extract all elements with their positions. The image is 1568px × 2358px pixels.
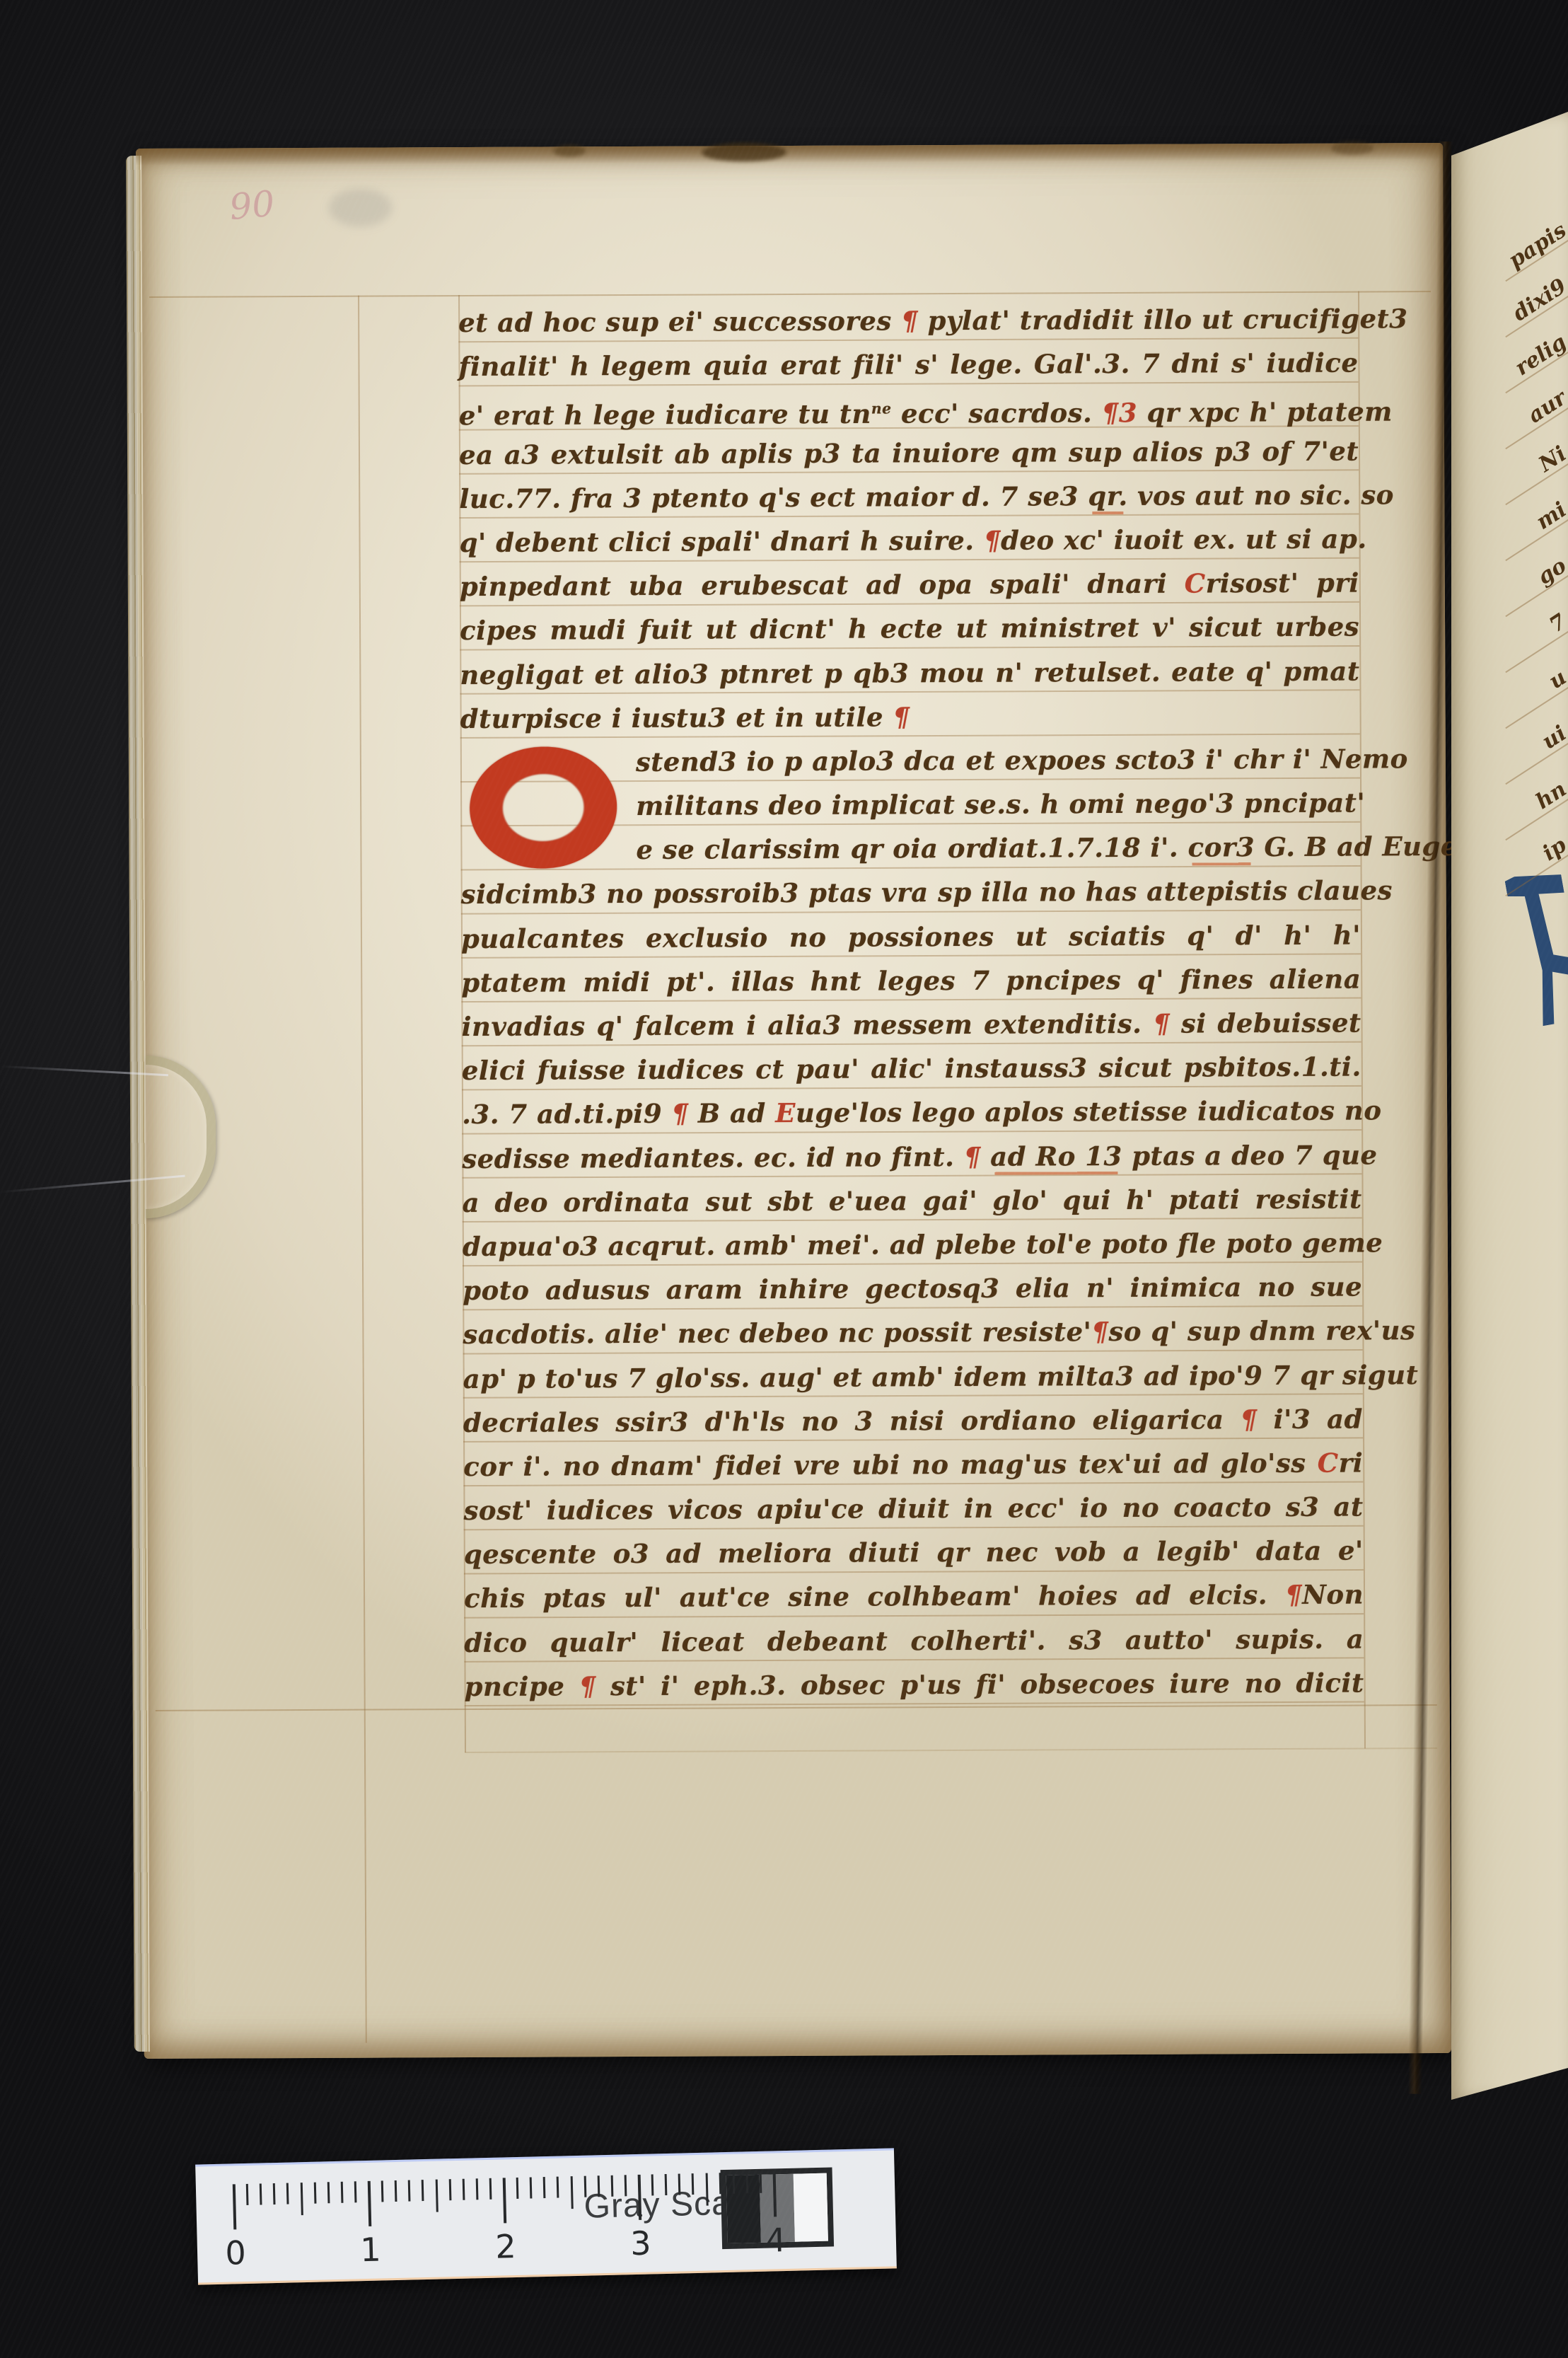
text-segment: B ad: [688, 1097, 775, 1129]
text-line: qescente o3 ad meliora diuti qr nec vob …: [464, 1529, 1364, 1577]
text-segment: chis ptas ul' aut'ce sine colhbeam' hoie…: [464, 1579, 1285, 1614]
text-line: dapua'o3 acqrut. amb' mei'. ad plebe tol…: [463, 1220, 1362, 1268]
text-line: chis ptas ul' aut'ce sine colhbeam' hoie…: [464, 1573, 1364, 1621]
ruler-tick: [651, 2174, 654, 2195]
text-segment: ptas a deo 7 que: [1122, 1139, 1378, 1172]
text-segment: ap' p to'us 7 glo'ss. aug' et amb' idem …: [463, 1359, 1419, 1394]
ruler-tick: [327, 2182, 330, 2203]
text-segment: dapua'o3 acqrut. amb' mei'. ad plebe tol…: [463, 1227, 1383, 1262]
ruler-tick: [462, 2179, 465, 2200]
text-line: pinpedant uba erubescat ad opa spali' dn…: [460, 561, 1359, 609]
facing-page-text-fragment: Ni: [1492, 442, 1568, 505]
rubric-mark: ¶: [579, 1670, 596, 1701]
manuscript-text-block: et ad hoc sup ei' successores ¶ pylat' t…: [458, 297, 1364, 1709]
text-line: ap' p to'us 7 glo'ss. aug' et amb' idem …: [463, 1353, 1363, 1401]
text-line: a deo ordinata sut sbt e'uea gai' glo' q…: [462, 1177, 1361, 1225]
ruler-tick: [313, 2183, 316, 2204]
page-top-browning: [136, 143, 1443, 166]
facing-page-text-fragment: papis: [1492, 219, 1568, 282]
text-segment: sacdotis. alie' nec debeo nc possit resi…: [463, 1316, 1091, 1350]
photo-stage: 90 et ad hoc sup ei' successores ¶ pylat…: [0, 0, 1568, 2358]
ink-smudge: [328, 188, 392, 226]
ruler-tick: [435, 2180, 438, 2212]
text-segment: si debuisset: [1170, 1007, 1361, 1039]
ruler-tick: [395, 2180, 397, 2202]
text-segment: dturpisce i iustu3 et in utile: [460, 701, 893, 734]
text-segment: qr xpc h' ptatem: [1137, 396, 1393, 429]
text-line: sidcimb3 no possroib3 ptas vra sp illa n…: [461, 869, 1361, 917]
ruler-number: 1: [354, 2230, 386, 2269]
rubricated-word: ad Ro 13: [990, 1140, 1122, 1172]
text-line: dico qualr' liceat debeant colherti'. s3…: [464, 1617, 1364, 1665]
facing-page-text-fragment: relig: [1492, 330, 1568, 393]
ruler-tick: [381, 2180, 384, 2202]
text-segment: militans deo implicat se.s. h omi nego'3…: [636, 787, 1365, 821]
ruler-tick: [625, 2175, 627, 2196]
ruler-tick: [516, 2178, 519, 2199]
rubric-mark: ¶: [671, 1098, 688, 1129]
text-segment: stend3 io p aplo3 dca et expoes scto3 i'…: [636, 743, 1408, 778]
superscript-abbreviation: ne: [871, 400, 892, 417]
text-segment: ecc' sacrdos.: [891, 398, 1101, 429]
text-line: sacdotis. alie' nec debeo nc possit resi…: [463, 1309, 1362, 1357]
text-segment: deo xc' iuoit ex. ut si ap.: [1001, 523, 1367, 555]
text-segment: poto adusus aram inhire gectosq3 elia n'…: [463, 1271, 1362, 1307]
text-segment: cipes mudi fuit ut dicnt' h ecte ut mini…: [460, 611, 1359, 647]
folio-number: 90: [228, 183, 277, 229]
ruler-tick: [354, 2181, 357, 2202]
ruler-tick: [286, 2183, 289, 2204]
text-line: .3. 7 ad.ti.pi9 ¶ B ad Euge'los lego apl…: [462, 1089, 1361, 1137]
text-segment: cor i'. no dnam' fidei vre ubi no mag'us…: [463, 1447, 1318, 1482]
rubric-mark: ¶: [1240, 1404, 1257, 1435]
ruler-tick: [665, 2174, 668, 2195]
text-segment: ea a3 extulsit ab aplis p3 ta inuiore qm…: [459, 435, 1359, 470]
ruler-tick: [489, 2178, 492, 2200]
ruler-tick: [638, 2175, 642, 2220]
text-line: q' debent clici spali' dnari h suire. ¶d…: [459, 516, 1359, 565]
text-segment: sedisse mediantes. ec. id no fint.: [462, 1141, 964, 1174]
text-segment: e se clarissim qr oia ordiat.1.7.18 i'.: [636, 832, 1187, 865]
text-line: cipes mudi fuit ut dicnt' h ecte ut mini…: [460, 605, 1359, 653]
text-line: decriales ssir3 d'h'ls no 3 nisi ordiano…: [463, 1397, 1363, 1445]
facing-page-text-fragment: 7: [1492, 610, 1568, 673]
text-segment: pinpedant uba erubescat ad opa spali' dn…: [460, 568, 1185, 602]
ruler-tick: [273, 2183, 276, 2204]
ruler-tick: [692, 2173, 695, 2195]
ruler-tick: [530, 2177, 533, 2198]
text-line: e' erat h lege iudicare tu tnne ecc' sac…: [459, 385, 1359, 433]
text-segment: st' i' eph.3. obsec p'us fi' obsecoes iu…: [596, 1667, 1364, 1701]
text-segment: negligat et alio3 ptnret p qb3 mou n' re…: [460, 655, 1359, 690]
text-segment: sost' iudices vicos apiu'ce diuit in ecc…: [463, 1491, 1363, 1527]
text-segment: i'3 ad: [1257, 1403, 1363, 1435]
ruler-tick: [597, 2175, 600, 2197]
text-segment: invadias q' falcem i alia3 messem extend…: [461, 1008, 1153, 1042]
facing-page-text-fragment: dixi9: [1492, 274, 1568, 337]
text-segment: q' debent clici spali' dnari h suire.: [459, 525, 984, 558]
text-segment: ri: [1339, 1447, 1364, 1478]
text-line: cor i'. no dnam' fidei vre ubi no mag'us…: [463, 1440, 1363, 1489]
ruler-tick: [570, 2176, 573, 2209]
ruler-tick: [408, 2180, 411, 2202]
ruler-tick: [368, 2181, 372, 2226]
text-segment: elici fuisse iudices ct pau' alic' insta…: [462, 1051, 1361, 1087]
ruler-tick: [422, 2180, 424, 2201]
text-segment: decriales ssir3 d'h'ls no 3 nisi ordiano…: [463, 1404, 1241, 1438]
facing-page-text-fragment: hn: [1492, 778, 1568, 840]
gray-scale-patch: [726, 2175, 762, 2243]
text-line: elici fuisse iudices ct pau' alic' insta…: [462, 1045, 1361, 1093]
ruler-tick: [246, 2184, 249, 2205]
rubric-mark: ¶: [1285, 1579, 1302, 1610]
margin-rule-bottom2: [465, 1747, 1437, 1753]
text-line: luc.77. fra 3 ptento q's ect maior d. 7 …: [459, 473, 1359, 521]
text-line: sedisse mediantes. ec. id no fint. ¶ ad …: [462, 1133, 1361, 1181]
text-segment: [981, 1140, 991, 1172]
text-line: dturpisce i iustu3 et in utile ¶: [460, 693, 1360, 741]
rubric-mark: C: [1318, 1447, 1339, 1479]
calibration-ruler: Gray Scale 01234: [195, 2148, 897, 2284]
ruler-tick: [678, 2174, 681, 2195]
text-segment: e' erat h lege iudicare tu tn: [459, 398, 871, 432]
ruler-tick: [233, 2184, 237, 2229]
text-segment: ptatem midi pt'. illas hnt leges 7 pncip…: [461, 963, 1361, 998]
rubric-mark: E: [775, 1097, 796, 1128]
ruler-number: 0: [219, 2233, 251, 2272]
text-line: ptatem midi pt'. illas hnt leges 7 pncip…: [461, 957, 1361, 1005]
text-segment: et ad hoc sup ei' successores: [458, 305, 901, 338]
rubricated-word: cor3: [1188, 831, 1255, 862]
rubric-mark: ¶: [984, 525, 1001, 556]
ruler-number: 3: [625, 2224, 656, 2262]
ruler-tick: [476, 2178, 479, 2200]
ruler-tick: [448, 2179, 451, 2200]
text-line: negligat et alio3 ptnret p qb3 mou n' re…: [460, 649, 1359, 697]
rubric-mark: ¶: [1091, 1316, 1108, 1347]
facing-page-text-fragment: mi: [1492, 498, 1568, 561]
text-segment: so q' sup dnm rex'us: [1108, 1314, 1415, 1347]
ruler-tick: [557, 2177, 559, 2198]
rubric-mark: ¶: [901, 305, 918, 336]
text-segment: finalit' h legem quia erat fili' s' lege…: [458, 347, 1358, 383]
text-segment: dico qualr' liceat debeant colherti'. s3…: [464, 1623, 1364, 1658]
text-line: sost' iudices vicos apiu'ce diuit in ecc…: [463, 1485, 1363, 1533]
rubric-mark: ¶: [1153, 1008, 1170, 1039]
text-line: invadias q' falcem i alia3 messem extend…: [461, 1000, 1361, 1048]
manuscript-page: 90 et ad hoc sup ei' successores ¶ pylat…: [136, 143, 1451, 2059]
text-segment: pylat' tradidit illo ut crucifiget3: [918, 303, 1407, 336]
ruler-tick: [260, 2183, 262, 2204]
facing-page-text-fragment: aur: [1492, 386, 1568, 449]
rubric-mark: ¶3: [1102, 398, 1137, 429]
blue-initial-fragment: [1504, 869, 1568, 1029]
ruler-number: 4: [760, 2221, 791, 2260]
ruler-tick: [503, 2178, 507, 2223]
text-segment: luc.77. fra 3 ptento q's ect maior d. 7 …: [459, 480, 1088, 514]
ruler-tick: [583, 2176, 586, 2197]
text-segment: uge'los lego aplos stetisse iudicatos no: [796, 1095, 1382, 1129]
margin-rule-vertical: [358, 296, 367, 2043]
facing-page-text-fragment: go: [1492, 554, 1568, 617]
text-segment: qescente o3 ad meliora diuti qr nec vob …: [464, 1535, 1364, 1571]
text-line: finalit' h legem quia erat fili' s' lege…: [458, 341, 1358, 389]
facing-page-text-fragment: ui: [1492, 722, 1568, 785]
text-segment: pncipe: [465, 1670, 579, 1702]
stain-blotch: [553, 145, 586, 156]
gray-scale-patch: [793, 2173, 828, 2242]
ruler-tick: [341, 2182, 344, 2203]
rubric-mark: C: [1185, 568, 1206, 599]
rubric-mark: ¶: [964, 1140, 981, 1172]
text-segment: a deo ordinata sut sbt e'uea gai' glo' q…: [463, 1183, 1362, 1218]
text-segment: .3. 7 ad.ti.pi9: [462, 1098, 672, 1130]
text-line: pncipe ¶ st' i' eph.3. obsec p'us fi' ob…: [464, 1660, 1364, 1709]
ruler-tick: [610, 2175, 613, 2197]
ruler-tick: [543, 2177, 546, 2198]
text-line: poto adusus aram inhire gectosq3 elia n'…: [463, 1265, 1362, 1313]
ruler-tick: [705, 2173, 708, 2206]
ruler-number: 2: [489, 2227, 521, 2266]
text-line: pualcantes exclusio no possiones ut scia…: [461, 913, 1361, 961]
facing-page-edge: papisdixi9religaurNimigo7uuihnip: [1451, 112, 1568, 2100]
text-segment: Non: [1302, 1579, 1364, 1610]
text-line: et ad hoc sup ei' successores ¶ pylat' t…: [458, 297, 1358, 345]
text-segment: risost' pri: [1206, 567, 1359, 599]
text-segment: sidcimb3 no possroib3 ptas vra sp illa n…: [461, 875, 1393, 911]
text-segment: pualcantes exclusio no possiones ut scia…: [461, 919, 1361, 954]
rubricated-word: qr.: [1088, 480, 1128, 512]
text-line: ea a3 extulsit ab aplis p3 ta inuiore qm…: [459, 429, 1359, 477]
text-segment: vos aut no sic. so: [1128, 479, 1394, 512]
rubric-mark: ¶: [893, 701, 910, 732]
facing-page-text-fragment: u: [1492, 666, 1568, 729]
ruler-tick: [300, 2183, 303, 2215]
